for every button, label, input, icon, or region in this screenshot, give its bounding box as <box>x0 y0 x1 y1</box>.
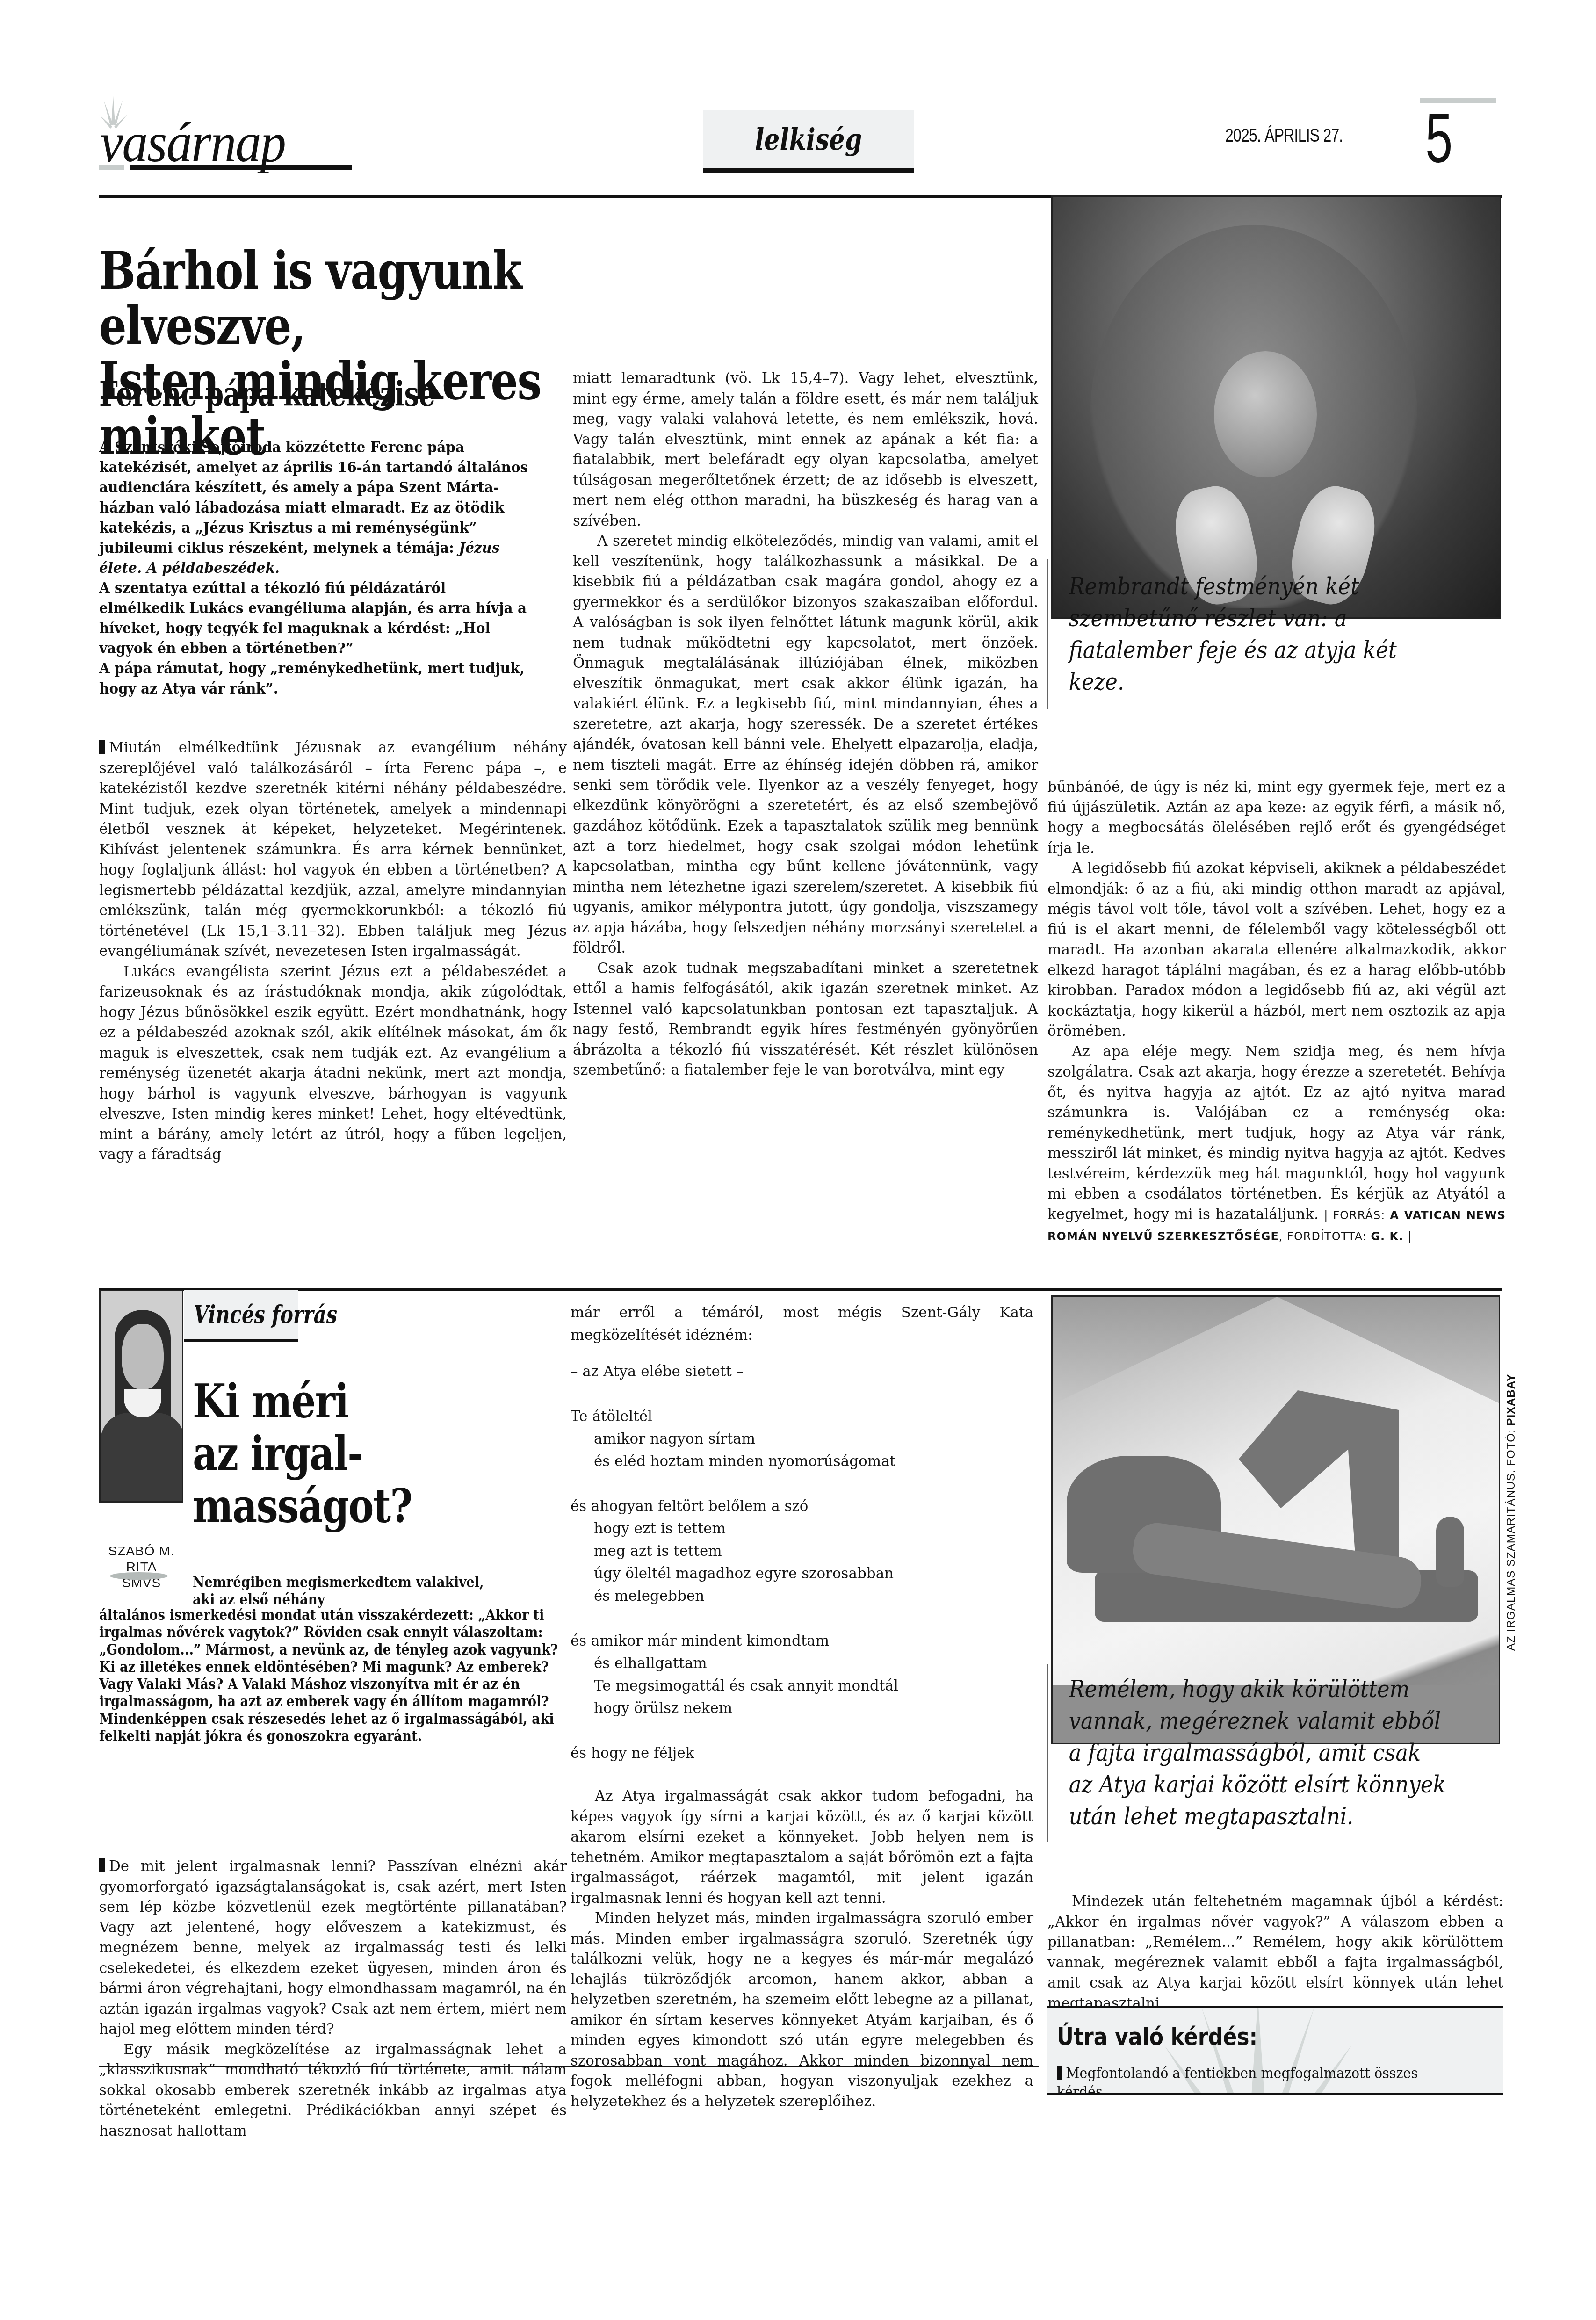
article-column-2: miatt lemaradtunk (vö. Lk 15,4–7). Vagy … <box>573 369 1038 1081</box>
poem-line: úgy öleltél magadhoz egyre szorosabban <box>571 1562 1033 1585</box>
poem-line: és melegebben <box>571 1585 1033 1607</box>
lead-paragraph: A pápa rámutat, hogy „reménykedhetünk, m… <box>99 658 531 699</box>
poem-stanza: és amikor már mindent kimondtam és elhal… <box>571 1630 1033 1720</box>
body-paragraph: már erről a témáról, most mégis Szent-Gá… <box>571 1301 1033 1346</box>
author-portrait-image <box>99 1290 183 1503</box>
body-paragraph: Minden helyzet más, minden irgalmasságra… <box>571 1908 1033 2112</box>
body-text: Miután elmélkedtünk Jézusnak az evangéli… <box>99 739 567 960</box>
poem-stanza: és ahogyan feltört belőlem a szó hogy ez… <box>571 1495 1033 1607</box>
poem-stanza: és hogy ne féljek <box>571 1742 1033 1764</box>
poem-line: amikor nagyon sírtam <box>571 1428 1033 1450</box>
paragraph-marker-icon <box>99 740 105 754</box>
question-text: Megfontolandó a fentiekben megfogalmazot… <box>1057 2064 1461 2095</box>
author-byline: SZABÓ M. RITA SMVS <box>99 1543 184 1591</box>
body-paragraph: De mit jelent irgalmasnak lenni? Passzív… <box>99 1857 567 2040</box>
question-body: Megfontolandó a fentiekben megfogalmazot… <box>1057 2065 1418 2095</box>
issue-date: 2025. ÁPRILIS 27. <box>1225 125 1343 146</box>
quoted-poem: – az Atya elébe sietett – Te átöleltél a… <box>571 1360 1033 1764</box>
article-lead: A Szentszéki Sajtóiroda közzétette Feren… <box>99 437 531 699</box>
poem-line: és ahogyan feltört belőlem a szó <box>571 1495 1033 1518</box>
body-text: De mit jelent irgalmasnak lenni? Passzív… <box>99 1858 567 2038</box>
pull-quote: Rembrandt festményén két szembetűnő rész… <box>1047 559 1451 709</box>
byline-ornament <box>110 1572 168 1580</box>
headline-line-1: Ki méri <box>193 1373 348 1429</box>
section-label: lelkiség <box>755 122 862 157</box>
photo-caption: AZ IRGALMAS SZAMARITÁNUS. FOTÓ: PIXABAY <box>1505 1286 1518 1651</box>
section-divider <box>99 1288 1502 1291</box>
body-paragraph: miatt lemaradtunk (vö. Lk 15,4–7). Vagy … <box>573 369 1038 531</box>
column-name: Vincés forrás <box>194 1301 337 1329</box>
column-tag: Vincés forrás <box>184 1290 298 1342</box>
body-paragraph: Mindezek után feltehetném magamnak újból… <box>1047 1892 1503 2014</box>
body-paragraph: Az Atya irgalmasságát csak akkor tudom b… <box>571 1786 1033 1908</box>
lead-paragraph: A szentatya ezúttal a tékozló fiú példáz… <box>99 578 531 658</box>
logo-underline <box>99 165 352 170</box>
paragraph-marker-icon <box>1057 2066 1062 2080</box>
poem-line: hogy örülsz nekem <box>571 1697 1033 1720</box>
body-paragraph: Miután elmélkedtünk Jézusnak az evangéli… <box>99 738 567 962</box>
body-paragraph: Az apa eléje megy. Nem szidja meg, és ne… <box>1047 1042 1506 1247</box>
translator-name: G. K. <box>1371 1230 1403 1243</box>
poem-line: és amikor már mindent kimondtam <box>571 1630 1033 1652</box>
paragraph-marker-icon <box>99 1858 105 1872</box>
poem-line: hogy ezt is tettem <box>571 1518 1033 1540</box>
body-paragraph: Lukács evangélista szerint Jézus ezt a p… <box>99 962 567 1165</box>
source-label: FORRÁS: <box>1333 1209 1385 1222</box>
article-subhead: Ferenc pápa katekézise <box>99 374 435 414</box>
rembrandt-painting-image <box>1051 195 1501 619</box>
poem-line: és hogy ne féljek <box>571 1742 1033 1764</box>
poem-stanza: Te átöleltél amikor nagyon sírtam és elé… <box>571 1405 1033 1473</box>
poem-title: – az Atya elébe sietett – <box>571 1360 1033 1383</box>
article-headline: Bárhol is vagyunk elveszve, Isten mindig… <box>99 243 649 464</box>
article-column-3: bűnbánóé, de úgy is néz ki, mint egy gye… <box>1047 822 1506 1247</box>
body-paragraph: A szeretet mindig elköteleződés, mindig … <box>573 531 1038 959</box>
headline-line-1: Bárhol is vagyunk elveszve, <box>99 240 522 356</box>
headline-line-2: az irgal- <box>193 1426 362 1481</box>
article-column-1: Miután elmélkedtünk Jézusnak az evangéli… <box>99 738 567 1165</box>
article-lead-part-2: általános ismerkedési mondat után vissza… <box>99 1606 562 1745</box>
poem-line: és eléd hoztam minden nyomorúságomat <box>571 1450 1033 1473</box>
body-paragraph: Egy másik megközelítése az irgalmasságna… <box>99 2040 567 2142</box>
body-paragraph: bűnbánóé, de úgy is néz ki, mint egy gye… <box>1047 777 1506 859</box>
author-name: SZABÓ M. RITA <box>99 1543 184 1575</box>
bottom-divider <box>99 2066 1039 2067</box>
caption-text: AZ IRGALMAS SZAMARITÁNUS. FOTÓ: <box>1505 1429 1517 1651</box>
article-column-5: már erről a témáról, most mégis Szent-Gá… <box>571 1301 1033 1787</box>
body-paragraph: Csak azok tudnak megszabadítani minket a… <box>573 959 1038 1081</box>
article-column-6: Mindezek után feltehetném magamnak újból… <box>1047 1892 1503 2014</box>
poem-line: és elhallgattam <box>571 1652 1033 1675</box>
body-paragraph: A legidősebb fiú azokat képviseli, akikn… <box>1047 859 1506 1042</box>
newspaper-logo: vasárnap <box>99 96 352 175</box>
body-text: Az apa eléje megy. Nem szidja meg, és ne… <box>1047 1043 1506 1223</box>
section-tag: lelkiség <box>703 110 914 173</box>
question-title: Útra való kérdés: <box>1057 2023 1257 2051</box>
page-number: 5 <box>1425 103 1452 173</box>
question-box: Útra való kérdés: Megfontolandó a fentie… <box>1047 2006 1503 2095</box>
photo-credit-name: PIXABAY <box>1505 1373 1517 1425</box>
article-lead-part-1: Nemrégiben megismerkedtem valakivel, aki… <box>193 1574 506 1608</box>
article-column-5-continued: Az Atya irgalmasságát csak akkor tudom b… <box>571 1786 1033 2112</box>
poem-line: Te megsimogattál és csak annyit mondtál <box>571 1675 1033 1697</box>
pull-quote: Remélem, hogy akik körülöttem vannak, me… <box>1047 1664 1451 1842</box>
headline-line-3: masságot? <box>193 1478 412 1533</box>
translator-label: FORDÍTOTTA: <box>1287 1230 1367 1243</box>
article-headline: Ki méri az irgal- masságot? <box>193 1375 461 1532</box>
poem-line: Te átöleltél <box>571 1405 1033 1428</box>
logo-wordmark: vasárnap <box>100 115 285 171</box>
lead-paragraph: A Szentszéki Sajtóiroda közzétette Feren… <box>99 437 531 578</box>
poem-line: meg azt is tettem <box>571 1540 1033 1562</box>
article-column-4: De mit jelent irgalmasnak lenni? Passzív… <box>99 1857 567 2141</box>
